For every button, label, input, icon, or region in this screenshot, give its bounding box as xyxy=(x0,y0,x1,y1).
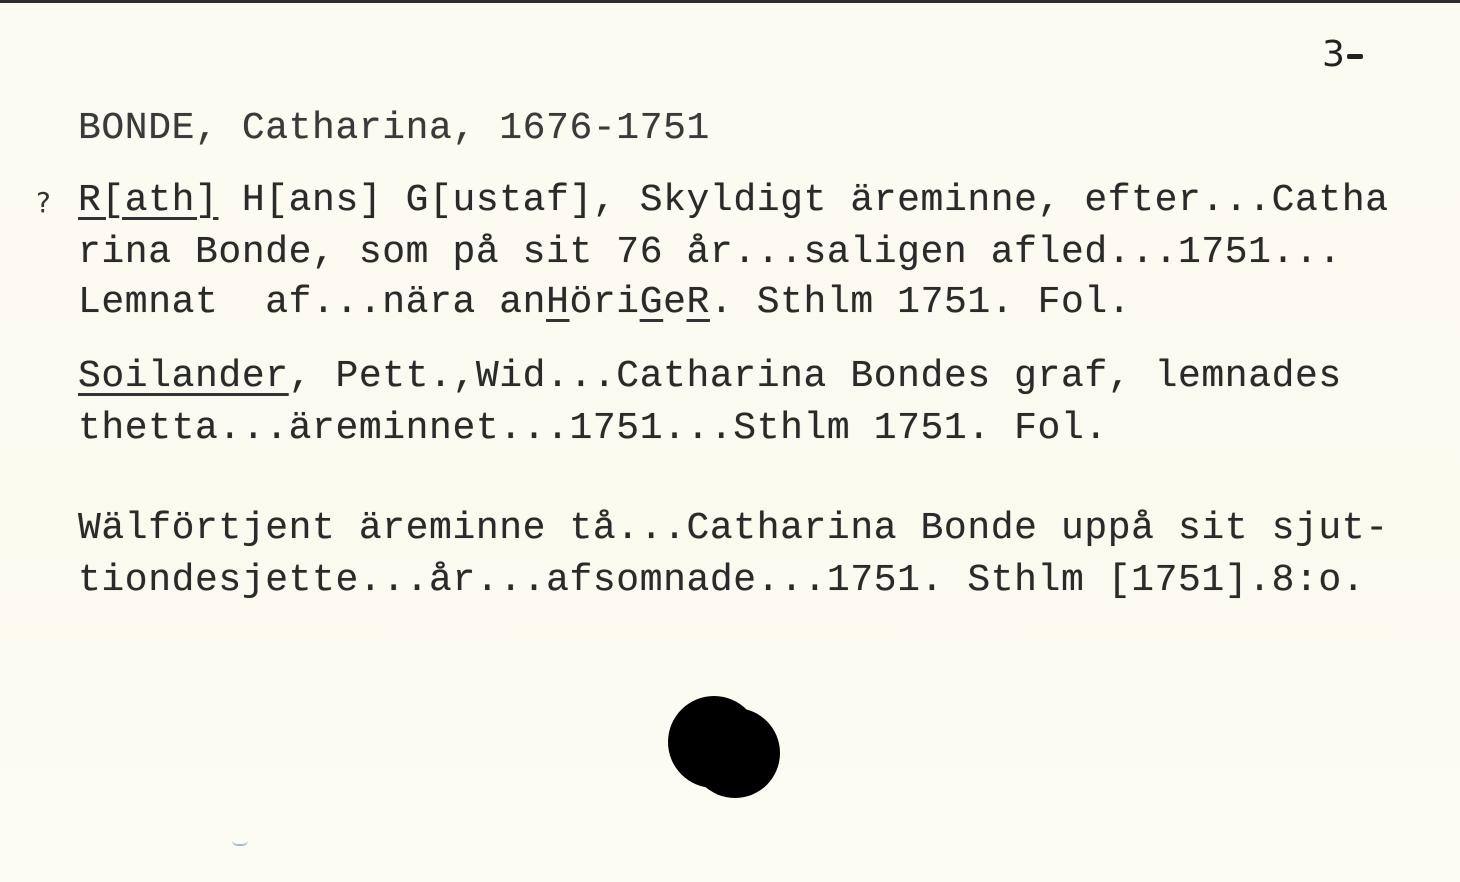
entry-1-line-3-text: öri xyxy=(570,281,640,324)
entry-2-line-1: Soilander, Pett.,Wid...Catharina Bondes … xyxy=(78,358,1342,396)
entry-1-line-2: rina Bonde, som på sit 76 år...saligen a… xyxy=(78,234,1342,272)
entry-1-underlined-letter: G xyxy=(640,281,663,324)
entry-1-line-1: R[ath] H[ans] G[ustaf], Skyldigt äreminn… xyxy=(78,182,1389,220)
entry-2-line-2: thetta...äreminnet...1751...Sthlm 1751. … xyxy=(78,410,1108,448)
query-mark-annotation: ? xyxy=(36,186,51,219)
entry-1-line-3-text: af...nära an xyxy=(218,281,546,324)
entry-1-line-3-text: Lemnat xyxy=(78,281,218,324)
punch-hole-overlap xyxy=(690,708,780,798)
entry-1-line-3-text: e xyxy=(663,281,686,324)
entry-1-author: R[ath] xyxy=(78,179,218,222)
entry-1-underlined-letter: H xyxy=(546,281,569,324)
card-number-text: 3 xyxy=(1322,34,1345,75)
entry-3-line-2: tiondesjette...år...afsomnade...1751. St… xyxy=(78,562,1365,600)
card-number: 3 xyxy=(1322,34,1363,75)
catalog-card: 3 BONDE, Catharina, 1676-1751 ? R[ath] H… xyxy=(0,0,1460,882)
entry-3-line-1: Wälförtjent äreminne tå...Catharina Bond… xyxy=(78,510,1389,548)
entry-1-imprint: . Sthlm 1751. Fol. xyxy=(710,281,1131,324)
card-number-dash xyxy=(1347,54,1363,59)
entry-1-underlined-letter: R xyxy=(687,281,710,324)
entry-2-title: , Pett.,Wid...Catharina Bondes graf, lem… xyxy=(289,355,1342,398)
entry-1-line-3: Lemnat af...nära anHöriGeR. Sthlm 1751. … xyxy=(78,284,1131,322)
card-heading: BONDE, Catharina, 1676-1751 xyxy=(78,110,710,148)
pen-mark xyxy=(232,840,248,846)
entry-1-title: H[ans] G[ustaf], Skyldigt äreminne, efte… xyxy=(218,179,1388,222)
card-top-edge xyxy=(0,0,1460,3)
entry-2-author: Soilander xyxy=(78,355,289,398)
